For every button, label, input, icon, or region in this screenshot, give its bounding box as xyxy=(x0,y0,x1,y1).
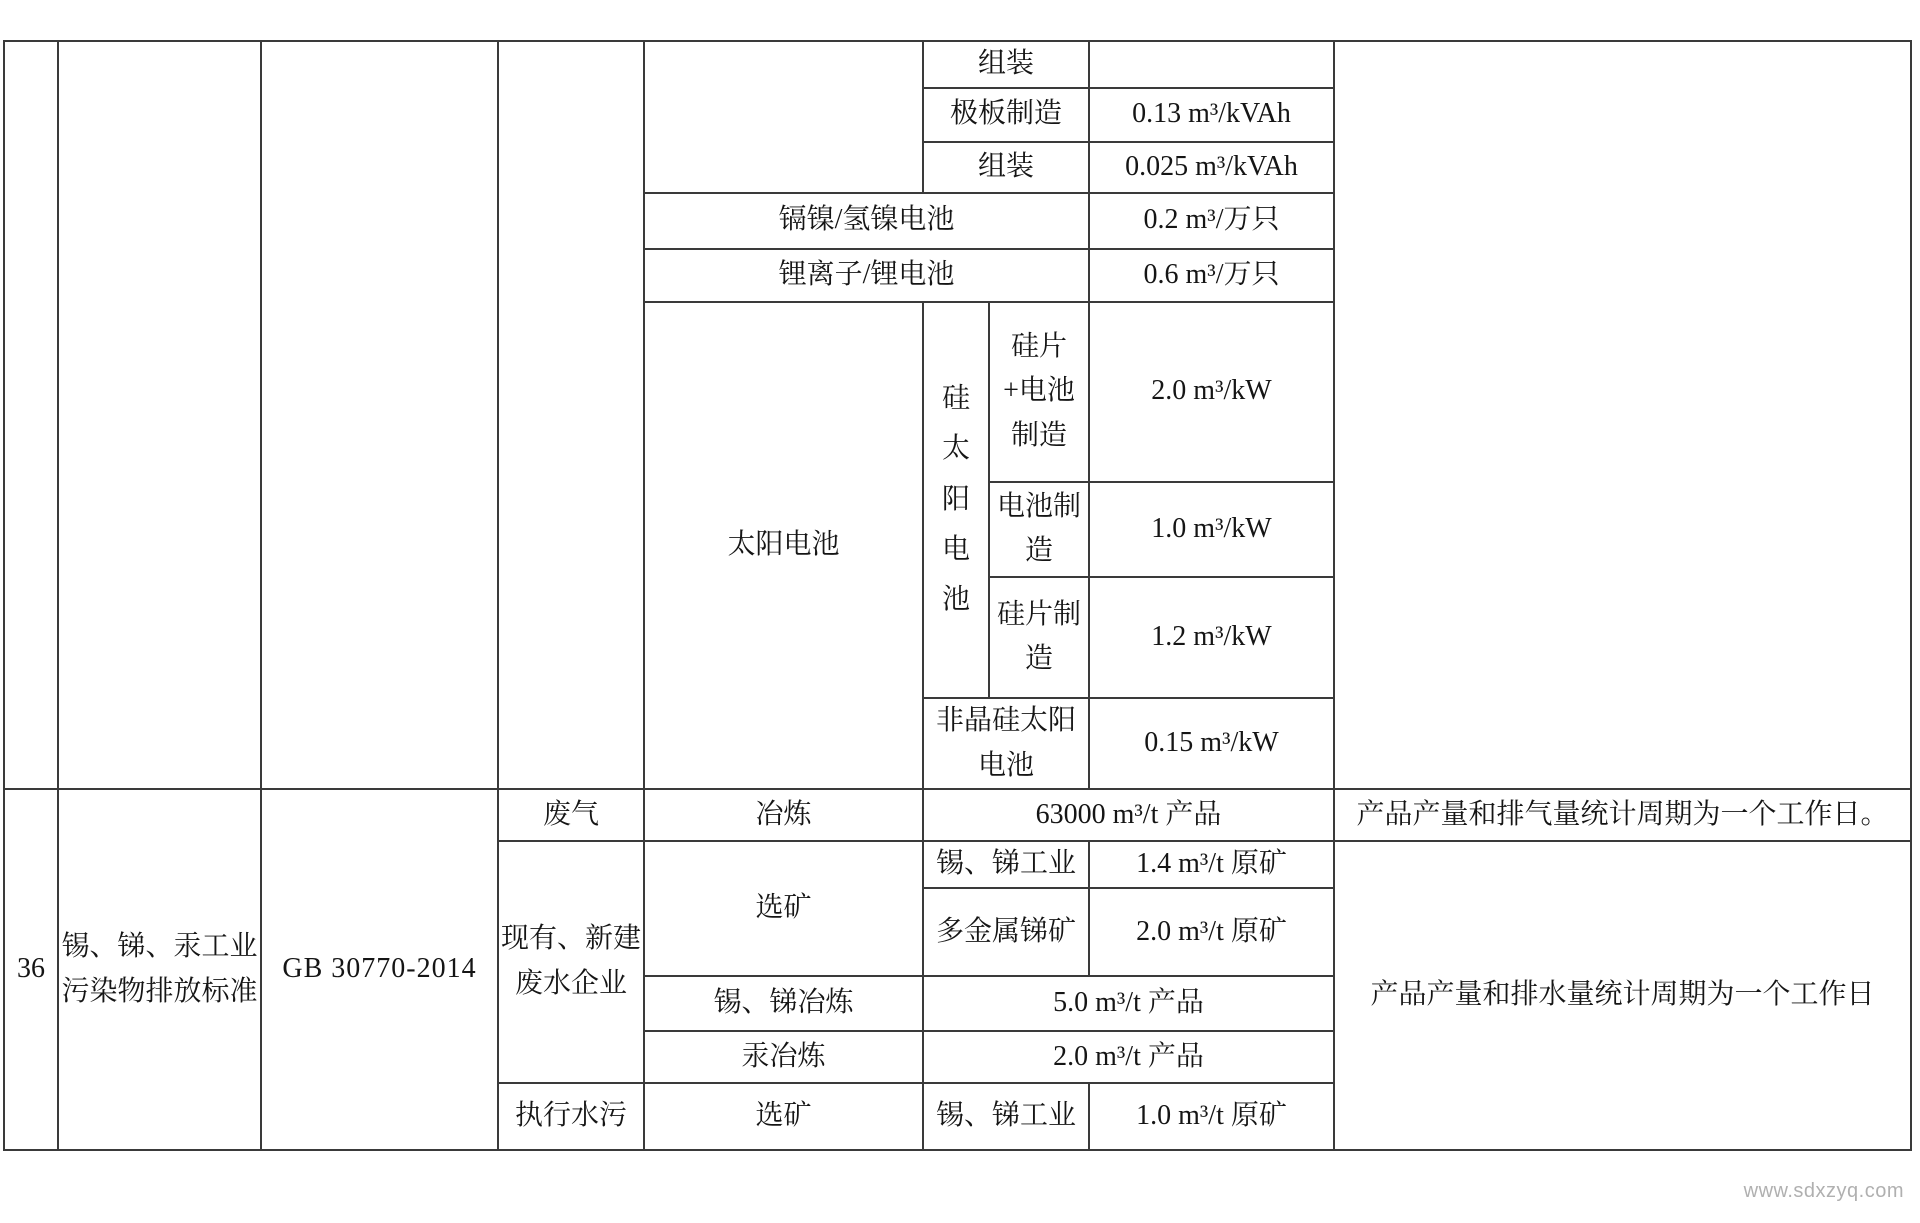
watermark-text: www.sdxzyq.com xyxy=(1744,1180,1904,1203)
cell-assembly-1-value xyxy=(1089,41,1334,88)
cell-cd-ni-battery: 镉镍/氢镍电池 xyxy=(644,193,1089,249)
cell-wafer-mfg-value: 1.2 m³/kW xyxy=(1089,577,1334,698)
empty-process-cell xyxy=(644,41,923,193)
cell-assembly-2-value: 0.025 m³/kVAh xyxy=(1089,142,1334,193)
cell-li-ion-battery: 锂离子/锂电池 xyxy=(644,249,1089,302)
cell-wafer-plus-cell-mfg: 硅片+电池制造 xyxy=(989,302,1089,482)
cell-smelting: 冶炼 xyxy=(644,789,923,841)
document-page: 组装 极板制造 0.13 m³/kVAh 组装 0.025 m³/kVAh 镉镍… xyxy=(0,0,1920,1223)
cell-sn-sb-industry: 锡、锑工业 xyxy=(923,841,1089,888)
cell-wafer-plus-cell-mfg-value: 2.0 m³/kW xyxy=(1089,302,1334,482)
cell-plate-mfg: 极板制造 xyxy=(923,88,1089,142)
si-solar-vertical-text: 硅太阳电池 xyxy=(941,374,971,626)
cell-waste-gas: 废气 xyxy=(498,789,644,841)
cell-plate-mfg-value: 0.13 m³/kVAh xyxy=(1089,88,1334,142)
empty-standard-name-cell xyxy=(58,41,261,789)
empty-number-cell xyxy=(4,41,58,789)
cell-cell-mfg-value: 1.0 m³/kW xyxy=(1089,482,1334,577)
cell-poly-metal-sb-ore: 多金属锑矿 xyxy=(923,888,1089,976)
cell-assembly-1: 组装 xyxy=(923,41,1089,88)
cell-gas-note: 产品产量和排气量统计周期为一个工作日。 xyxy=(1334,789,1911,841)
cell-assembly-2: 组装 xyxy=(923,142,1089,193)
empty-notes-cell xyxy=(1334,41,1911,789)
empty-standard-code-cell xyxy=(261,41,498,789)
empty-category-cell xyxy=(498,41,644,789)
cell-standard-code: GB 30770-2014 xyxy=(261,789,498,1150)
cell-water-note: 产品产量和排水量统计周期为一个工作日 xyxy=(1334,841,1911,1150)
cell-sn-sb-smelting-value: 5.0 m³/t 产品 xyxy=(923,976,1334,1031)
cell-sn-sb-smelting: 锡、锑冶炼 xyxy=(644,976,923,1031)
cell-exec-water: 执行水污 xyxy=(498,1083,644,1150)
cell-sn-sb-industry-2: 锡、锑工业 xyxy=(923,1083,1089,1150)
cell-amorphous-solar: 非晶硅太阳电池 xyxy=(923,698,1089,790)
cell-hg-smelting-value: 2.0 m³/t 产品 xyxy=(923,1031,1334,1083)
cell-ore-dressing: 选矿 xyxy=(644,841,923,976)
cell-li-ion-battery-value: 0.6 m³/万只 xyxy=(1089,249,1334,302)
cell-wafer-mfg: 硅片制造 xyxy=(989,577,1089,698)
cell-poly-metal-sb-ore-value: 2.0 m³/t 原矿 xyxy=(1089,888,1334,976)
cell-existing-new-enterprise: 现有、新建废水企业 xyxy=(498,841,644,1083)
cell-sn-sb-industry-2-value: 1.0 m³/t 原矿 xyxy=(1089,1083,1334,1150)
cell-solar-battery: 太阳电池 xyxy=(644,302,923,790)
cell-hg-smelting: 汞冶炼 xyxy=(644,1031,923,1083)
cell-cd-ni-battery-value: 0.2 m³/万只 xyxy=(1089,193,1334,249)
cell-standard-name: 锡、锑、汞工业污染物排放标准 xyxy=(58,789,261,1150)
standards-table: 组装 极板制造 0.13 m³/kVAh 组装 0.025 m³/kVAh 镉镍… xyxy=(3,40,1912,1151)
cell-smelting-value: 63000 m³/t 产品 xyxy=(923,789,1334,841)
cell-cell-mfg: 电池制造 xyxy=(989,482,1089,577)
cell-row-number: 36 xyxy=(4,789,58,1150)
cell-amorphous-solar-value: 0.15 m³/kW xyxy=(1089,698,1334,790)
cell-ore-dressing-2: 选矿 xyxy=(644,1083,923,1150)
cell-si-solar-battery: 硅太阳电池 xyxy=(923,302,989,698)
cell-sn-sb-industry-value: 1.4 m³/t 原矿 xyxy=(1089,841,1334,888)
